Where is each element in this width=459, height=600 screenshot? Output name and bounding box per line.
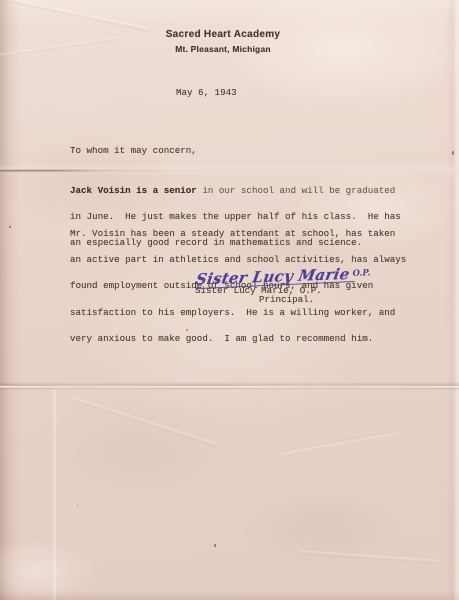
signature-order-suffix: O.P. [352, 268, 370, 279]
ink-speck-4 [77, 505, 78, 507]
paragraph-2-line-1: Mr. Voisin has been a steady attendant a… [70, 230, 406, 239]
paragraph-2-line-5: very anxious to make good. I am glad to … [70, 335, 406, 344]
letterhead-school-name: Sacred Heart Academy [0, 29, 446, 40]
ink-speck-3 [214, 544, 216, 547]
fold-crease-middle [0, 382, 459, 390]
paragraph-2-line-4: satisfaction to his employers. He is a w… [70, 309, 406, 318]
red-mark-right-edge [452, 151, 454, 155]
salutation: To whom it may concern, [70, 147, 197, 156]
letterhead: Sacred Heart Academy Mt. Pleasant, Michi… [0, 29, 446, 54]
paragraph-1-line-1-rest: in our school and will be graduated [197, 185, 395, 196]
wrinkle-top-left-1 [0, 0, 149, 32]
wrinkle-lower-right [281, 430, 400, 455]
letterhead-location: Mt. Pleasant, Michigan [0, 44, 446, 54]
ink-speck-1 [9, 226, 11, 228]
date-line: May 6, 1943 [176, 89, 237, 98]
typed-signer-title: Principal. [259, 296, 314, 305]
scanned-letter-page: Sacred Heart Academy Mt. Pleasant, Michi… [0, 0, 459, 600]
paragraph-1-line-1: Jack Voisin is a senior in our school an… [70, 187, 401, 196]
vertical-crease-lower-left [52, 390, 57, 600]
student-name-emphasis: Jack Voisin is a senior [70, 185, 197, 196]
wrinkle-bottom-right [300, 550, 440, 564]
wrinkle-lower-left [73, 397, 217, 447]
